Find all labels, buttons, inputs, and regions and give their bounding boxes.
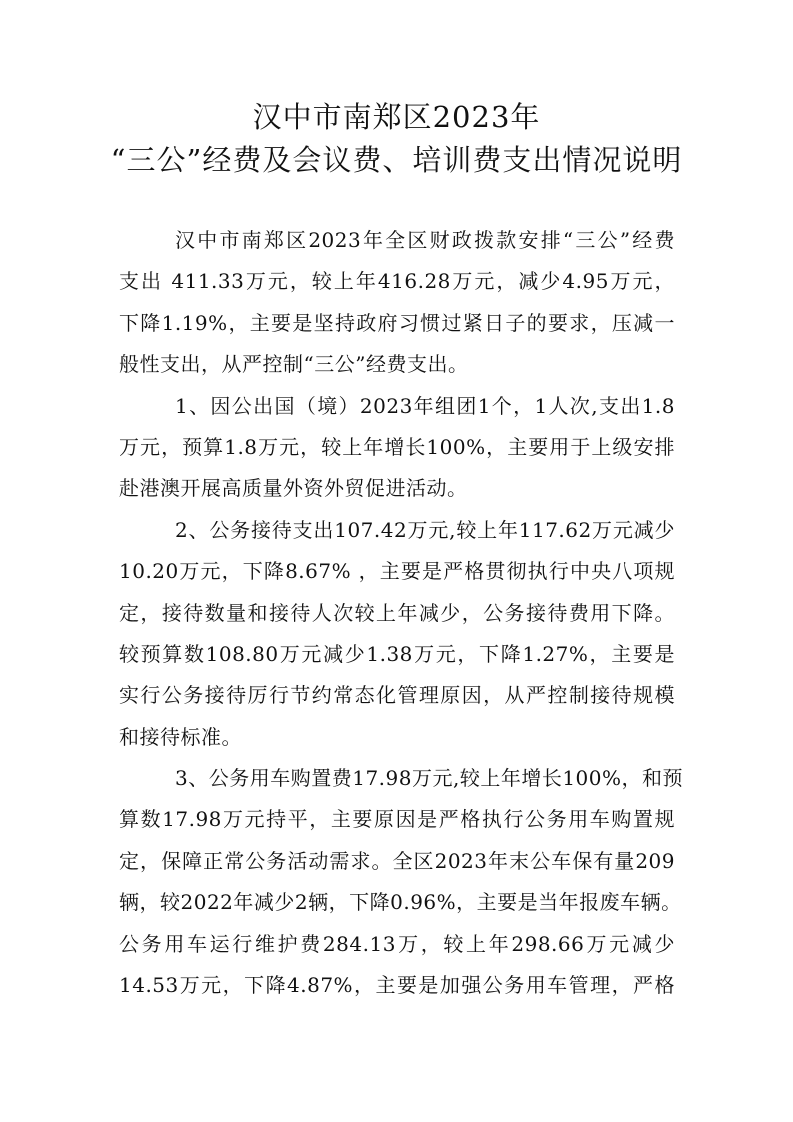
text-line: 般性支出，从严控制“三公”经费支出。 [119,344,675,385]
paragraph-item-2: 2、公务接待支出107.42万元,较上年117.62万元减少 10.20万元，下… [119,510,675,758]
document-page: 汉中市南郑区2023年 “三公”经费及会议费、培训费支出情况说明 汉中市南郑区2… [0,0,793,1122]
text-line: 较预算数108.80万元减少1.38万元，下降1.27%，主要是 [119,634,675,675]
text-line: 10.20万元，下降8.67% ，主要是严格贯彻执行中央八项规 [119,551,675,592]
document-title-line-2: “三公”经费及会议费、培训费支出情况说明 [0,140,793,180]
text-line: 支出 411.33万元，较上年416.28万元，减少4.95万元， [119,261,675,302]
text-line: 1、因公出国（境）2023年组团1个，1人次,支出1.8 [119,386,675,427]
paragraph-item-3: 3、公务用车购置费17.98万元,较上年增长100%，和预 算数17.98万元持… [119,758,675,1006]
paragraph-item-1: 1、因公出国（境）2023年组团1个，1人次,支出1.8 万元，预算1.8万元，… [119,386,675,510]
text-line: 2、公务接待支出107.42万元,较上年117.62万元减少 [119,510,675,551]
document-title-line-1: 汉中市南郑区2023年 [0,97,793,137]
text-line: 定，保障正常公务活动需求。全区2023年末公车保有量209 [119,841,675,882]
text-line: 赴港澳开展高质量外资外贸促进活动。 [119,468,675,509]
text-line: 和接待标准。 [119,717,675,758]
paragraph-intro: 汉中市南郑区2023年全区财政拨款安排“三公”经费 支出 411.33万元，较上… [119,220,675,386]
text-line: 实行公务接待厉行节约常态化管理原因，从严控制接待规模 [119,675,675,716]
text-line: 辆，较2022年减少2辆，下降0.96%，主要是当年报废车辆。 [119,882,675,923]
text-line: 14.53万元，下降4.87%，主要是加强公务用车管理，严格 [119,965,675,1006]
text-line: 3、公务用车购置费17.98万元,较上年增长100%，和预 [119,758,675,799]
document-body: 汉中市南郑区2023年全区财政拨款安排“三公”经费 支出 411.33万元，较上… [119,220,675,1006]
text-line: 公务用车运行维护费284.13万，较上年298.66万元减少 [119,924,675,965]
text-line: 万元，预算1.8万元，较上年增长100%，主要用于上级安排 [119,427,675,468]
text-line: 算数17.98万元持平，主要原因是严格执行公务用车购置规 [119,799,675,840]
text-line: 汉中市南郑区2023年全区财政拨款安排“三公”经费 [119,220,675,261]
text-line: 定，接待数量和接待人次较上年减少，公务接待费用下降。 [119,593,675,634]
text-line: 下降1.19%，主要是坚持政府习惯过紧日子的要求，压减一 [119,303,675,344]
